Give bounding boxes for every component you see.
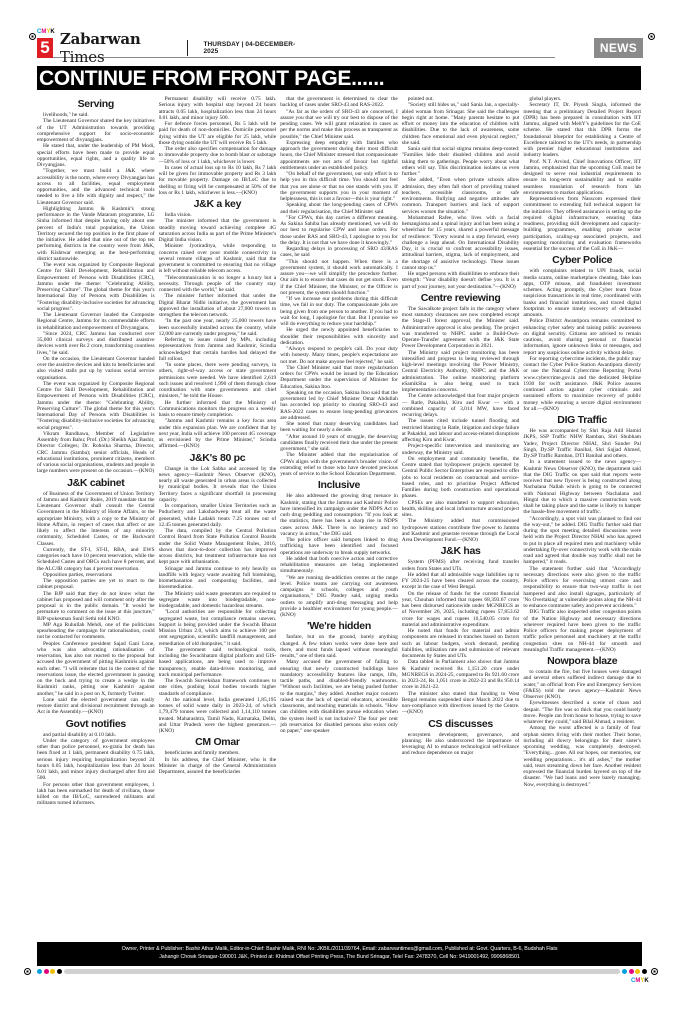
article-paragraph: He added that both coercive action and c… <box>280 556 398 575</box>
article-paragraph: She noted that many deserving candidates… <box>280 421 398 434</box>
article-paragraph: In a statement issued to the news agency… <box>523 459 641 515</box>
registration-mark-bottom-left <box>24 968 31 975</box>
registration-mark-top-right <box>648 33 655 40</box>
article-paragraph: "Telecommunication is no longer a luxury… <box>159 275 277 294</box>
article-paragraph: fanfare, but on the ground, barely anyth… <box>280 634 398 659</box>
article-paragraph: "Always respond to people's call. Do you… <box>280 346 398 365</box>
registration-mark-top-left <box>29 33 36 40</box>
column-2: Permanent disability will receive 0.75 l… <box>159 96 277 938</box>
color-bar-left <box>37 969 62 974</box>
column-5: global players.Secretary IT, Dr. Piyush … <box>523 96 641 938</box>
article-heading: Govt notifies <box>37 718 155 731</box>
article-paragraph: "On behalf of the government, our only e… <box>280 171 398 202</box>
article-paragraph: For persons other than government employ… <box>37 782 155 807</box>
article-columns: Servinglivelihoods," he said.The Lieuten… <box>37 96 641 938</box>
cmyk-label-top: CMYK <box>37 29 55 35</box>
banner-title: CONTINUE FROM FRONT PAGE...... <box>39 66 384 91</box>
article-paragraph: Regarding delays in processing of SRO 43… <box>280 246 398 259</box>
article-paragraph: with complaints related to UPI frauds, s… <box>523 268 641 318</box>
article-paragraph: He urged persons with disabilities to em… <box>402 271 520 290</box>
article-paragraph: The BJP said that they do not know what … <box>37 591 155 622</box>
article-paragraph: "This should not happen. When there is a… <box>280 259 398 297</box>
article-paragraph: The Ministry added that commissioned hyd… <box>402 518 520 543</box>
imprint-line-1: Owner, Printer & Publisher: Bashir Athar… <box>37 946 642 954</box>
article-paragraph: Peoples Conference president Sajad Gani … <box>37 641 155 697</box>
article-paragraph: Eyewitnesses described a scene of chaos … <box>523 700 641 725</box>
article-paragraph: The event was organized by Composite Reg… <box>37 262 155 312</box>
cmyk-label-bottom: CMYK <box>631 978 649 984</box>
article-heading: DIG Traffic <box>523 414 641 427</box>
page-number: 5 <box>37 38 53 58</box>
article-paragraph: Project-specific intervention and monito… <box>402 443 520 456</box>
article-paragraph: Prof. N.T. Arvind, Chief Innovations Off… <box>523 159 641 197</box>
article-paragraph: Representatives from Nasscom expressed t… <box>523 196 641 252</box>
article-heading: Nowpora blaze <box>523 655 641 668</box>
article-paragraph: "Society still hides us," said Sania Jan… <box>402 102 520 146</box>
article-paragraph: The data, compiled by the Central Pollut… <box>159 528 277 566</box>
article-paragraph: He urged the newly appointed beneficiari… <box>280 327 398 346</box>
article-paragraph: "Local authorities are responsible for c… <box>159 609 277 647</box>
article-paragraph: The Minister added that the regularisati… <box>280 452 398 477</box>
article-heading: J&K's 80 pc <box>159 452 277 465</box>
article-paragraph: For reporting cybercrime incidents, the … <box>523 356 641 412</box>
article-paragraph: Data tabled in Parliament also shows tha… <box>402 659 520 690</box>
imprint-footer: Owner, Printer & Publisher: Bashir Athar… <box>37 942 642 966</box>
article-paragraph: of Business of the Government of Union T… <box>37 491 155 547</box>
article-paragraph: Vikram Randhawa, Member of Legislative A… <box>37 431 155 475</box>
registration-mark-bottom-right <box>651 968 658 975</box>
article-paragraph: "Together, we must build a J&K where acc… <box>37 168 155 206</box>
yellow-swatch <box>50 969 55 974</box>
article-paragraph: The Ministry said waste generators are r… <box>159 591 277 610</box>
article-paragraph: "Since 2024, CRC Jammu has conducted ove… <box>37 331 155 356</box>
article-paragraph: The minister also stated that funding to… <box>402 691 520 716</box>
article-paragraph: The police officer said hotspots linked … <box>280 537 398 556</box>
column-3: that the government is determined to cle… <box>280 96 398 938</box>
article-heading: Centre reviewing <box>402 292 520 305</box>
article-paragraph: ecosystem development, governance, and p… <box>402 732 520 757</box>
imprint-line-2: Jahangir Chowk Srinagar-190001 J&K, Prin… <box>37 954 642 962</box>
article-paragraph: On employment and community benefits, th… <box>402 456 520 500</box>
article-paragraph: Referring to issues raised by MPs, inclu… <box>159 337 277 362</box>
article-paragraph: Sania said that social stigma remains de… <box>402 146 520 177</box>
article-paragraph: "Jammu and Kashmir remains a key focus a… <box>159 418 277 449</box>
magenta-swatch <box>629 969 634 974</box>
article-paragraph: Currently, the ST-I, ST-II, RBA, and EWS… <box>37 547 155 572</box>
article-paragraph: He added that all admissible wage liabil… <box>402 572 520 591</box>
article-paragraph: The minister informed that the governmen… <box>159 218 277 243</box>
article-heading: J&K has <box>402 545 520 558</box>
article-heading: 'We're hidden <box>280 620 398 633</box>
article-paragraph: The Sawalkote project falls in the categ… <box>402 306 520 350</box>
article-paragraph: MP Aga Ruhullah Mehdi, one of the politi… <box>37 622 155 641</box>
article-paragraph: He noted that funds for material and adm… <box>402 628 520 659</box>
article-paragraph: Minister Jyotiraditya, while responding … <box>159 243 277 274</box>
article-paragraph: Srinagar and Jammu continue to rely heav… <box>159 566 277 591</box>
article-paragraph: The event was organized by Composite Reg… <box>37 381 155 431</box>
black-swatch <box>57 969 62 974</box>
masthead-divider <box>187 40 188 56</box>
article-paragraph: The Chief Minister said that more regula… <box>280 365 398 390</box>
cyan-swatch <box>622 969 627 974</box>
article-paragraph: "As far as the orders of SRO-43 are conc… <box>280 109 398 140</box>
article-paragraph: Mohammad Rafee, who lives with a facial … <box>402 215 520 271</box>
article-paragraph: "We are running de-addiction centres at … <box>280 575 398 619</box>
article-paragraph: "In the past one year, nearly 25,000 tow… <box>159 318 277 337</box>
article-heading: Cyber Police <box>523 254 641 267</box>
article-paragraph: He stated that, under the leadership of … <box>37 143 155 168</box>
column-4: pointed out."Society still hides us," sa… <box>402 96 520 938</box>
article-paragraph: The Swachh Survekshan framework continue… <box>159 678 277 697</box>
article-paragraph: "For CPWs, this day carries a different … <box>280 215 398 246</box>
masthead-rule <box>303 38 555 58</box>
article-paragraph: The Lieutenant Governor shared the key i… <box>37 118 155 143</box>
article-paragraph: Among the worst affected is a family of … <box>523 725 641 788</box>
article-paragraph: Many accused the government of failing t… <box>280 659 398 734</box>
article-paragraph: Speaking on the occasion, Sakina Itoo sa… <box>280 390 398 421</box>
dateline: THURSDAY | 04-DECEMBER-2025 <box>203 41 303 55</box>
article-paragraph: The issues cited include tunnel flooding… <box>402 418 520 443</box>
article-paragraph: Permanent disability will receive 0.75 l… <box>159 96 277 121</box>
article-paragraph: "In some places, there were pending surv… <box>159 362 277 400</box>
article-paragraph: "Accordingly, a spot visit was planned t… <box>523 516 641 566</box>
article-paragraph: She added, "Even when private schools al… <box>402 177 520 215</box>
article-paragraph: System (PFMS) after receiving fund trans… <box>402 559 520 572</box>
article-paragraph: DIG Traffic also inspected other congest… <box>523 609 641 653</box>
grey-proof-bar <box>64 969 620 974</box>
masthead: 5 Zabarwan Times THURSDAY | 04-DECEMBER-… <box>37 38 303 58</box>
article-paragraph: On the occasion, the Lieutenant Governor… <box>37 356 155 381</box>
article-paragraph: At the national level, India generated 1… <box>159 697 277 735</box>
article-paragraph: The Centre acknowledged that four major … <box>402 393 520 418</box>
article-paragraph: The government said technological tools,… <box>159 647 277 678</box>
article-paragraph: He also addressed the growing drug menac… <box>280 493 398 537</box>
black-swatch <box>642 969 647 974</box>
article-paragraph: Secretary IT, Dr. Piyush Singla, informe… <box>523 102 641 158</box>
column-1: Servinglivelihoods," he said.The Lieuten… <box>37 96 155 938</box>
article-paragraph: For defence forces personnel, Rs 5 lakh … <box>159 121 277 146</box>
yellow-swatch <box>635 969 640 974</box>
article-paragraph: The statement further said that "Accordi… <box>523 566 641 610</box>
article-paragraph: In his address, the Chief Minister, who … <box>159 757 277 776</box>
article-heading: CM Omar <box>159 736 277 749</box>
article-paragraph: He was accompanied by Shri Raja Adil Ham… <box>523 428 641 459</box>
article-heading: Inclusive <box>280 479 398 492</box>
article-heading: Serving <box>37 98 155 111</box>
article-paragraph: The opposition parties are yet to react … <box>37 578 155 591</box>
article-paragraph: The order also specifies compensation fo… <box>159 146 277 165</box>
article-paragraph: that the government is determined to cle… <box>280 96 398 109</box>
article-paragraph: The Lieutenant Governor lauded the Compo… <box>37 312 155 331</box>
article-paragraph: Under the category of government employe… <box>37 738 155 782</box>
cyan-swatch <box>37 969 42 974</box>
article-paragraph: The minister further informed that under… <box>159 293 277 318</box>
magenta-swatch <box>44 969 49 974</box>
article-paragraph: Change in the Lok Sabha and accessed by … <box>159 466 277 504</box>
article-paragraph: Police District Awantipora remains commi… <box>523 318 641 356</box>
article-paragraph: Expressing deep empathy with families wh… <box>280 140 398 171</box>
article-paragraph: He further informed that the Ministry of… <box>159 400 277 419</box>
article-paragraph: In comparison, smaller Union Territories… <box>159 503 277 528</box>
section-badge: NEWS <box>594 38 643 58</box>
article-heading: J&K cabinet <box>37 477 155 490</box>
article-paragraph: CPSEs are also mandated to support educa… <box>402 500 520 519</box>
article-paragraph: The Ministry said project monitoring has… <box>402 350 520 394</box>
article-paragraph: "After around 10 years of struggle, the … <box>280 434 398 453</box>
color-bar-right <box>622 969 647 974</box>
article-paragraph: "If we increase our problems during this… <box>280 296 398 327</box>
article-heading: J&K a key <box>159 198 277 211</box>
article-paragraph: Highlighting Jammu & Kashmir's strong pe… <box>37 206 155 262</box>
article-paragraph: In cases of actual loss up to Rs 10 lakh… <box>159 165 277 196</box>
article-paragraph: to contain the fire, but five houses wer… <box>523 669 641 700</box>
article-heading: CS discusses <box>402 718 520 731</box>
article-paragraph: Lone said the elected government can eas… <box>37 697 155 716</box>
article-paragraph: On the release of funds for the current … <box>402 591 520 629</box>
newspaper-name: Zabarwan Times <box>60 30 181 66</box>
article-paragraph: Speaking about the long-pending cases of… <box>280 202 398 215</box>
